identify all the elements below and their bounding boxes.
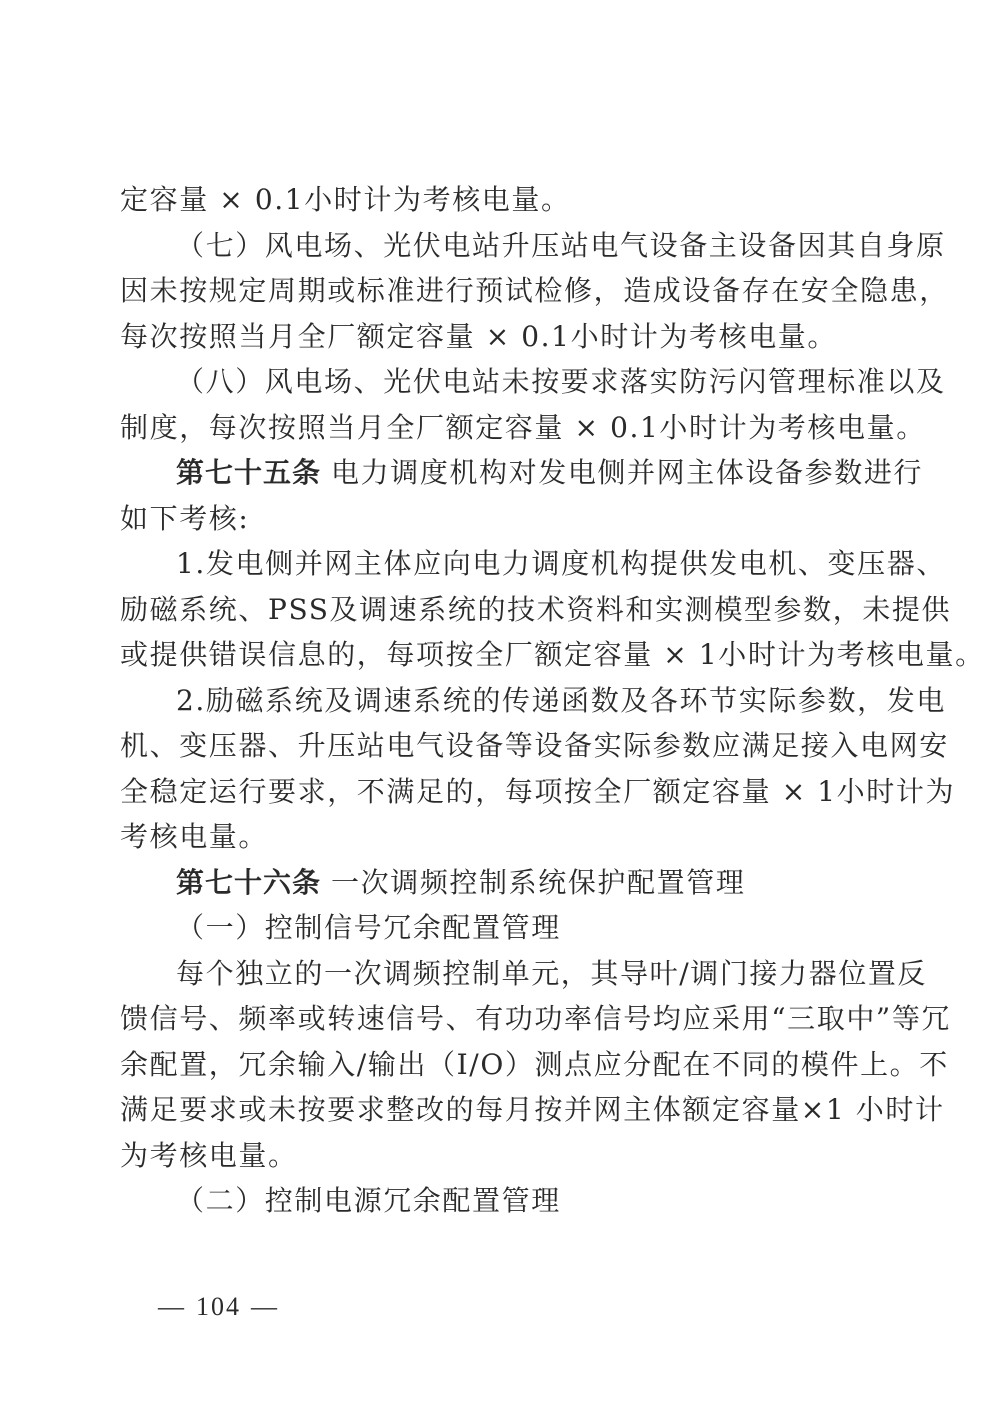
article-76-heading: 第七十六条 [176,866,321,899]
clause-8-line: 制度，每次按照当月全厂额定容量 × 0.1小时计为考核电量。 [120,405,862,451]
document-body: 定容量 × 0.1小时计为考核电量。 （七）风电场、光伏电站升压站电气设备主设备… [120,177,862,1224]
article-75-item-2: 机、变压器、升压站电气设备等设备实际参数应满足接入电网安 [120,723,862,769]
article-76-subsection-2-title: （二）控制电源冗余配置管理 [120,1178,862,1224]
article-76-heading-line: 第七十六条一次调频控制系统保护配置管理 [120,860,862,906]
article-76-line: 为考核电量。 [120,1133,862,1179]
page-number-dash-right: — [251,1292,279,1321]
article-75-item-2: 2.励磁系统及调速系统的传递函数及各环节实际参数，发电 [120,678,862,724]
article-75-line: 如下考核: [120,496,862,542]
clause-8-line: （八）风电场、光伏电站未按要求落实防污闪管理标准以及 [120,359,862,405]
article-75-item-2: 全稳定运行要求，不满足的，每项按全厂额定容量 × 1小时计为 [120,769,862,815]
paragraph-line: 定容量 × 0.1小时计为考核电量。 [120,177,862,223]
article-75-item-2: 考核电量。 [120,814,862,860]
clause-7-line: （七）风电场、光伏电站升压站电气设备主设备因其自身原 [120,223,862,269]
article-76-line: 余配置，冗余输入/输出（I/O）测点应分配在不同的模件上。不 [120,1042,862,1088]
article-75-item-1: 或提供错误信息的，每项按全厂额定容量 × 1小时计为考核电量。 [120,632,862,678]
article-76-heading-text: 一次调频控制系统保护配置管理 [331,866,745,899]
page-number: —104— [148,1292,289,1322]
article-75-heading-text: 电力调度机构对发电侧并网主体设备参数进行 [331,456,923,489]
clause-7-line: 因未按规定周期或标准进行预试检修，造成设备存在安全隐患， [120,268,862,314]
clause-7-line: 每次按照当月全厂额定容量 × 0.1小时计为考核电量。 [120,314,862,360]
article-76-subsection-1-title: （一）控制信号冗余配置管理 [120,905,862,951]
article-75-heading-line: 第七十五条电力调度机构对发电侧并网主体设备参数进行 [120,450,862,496]
page-number-value: 104 [196,1292,241,1321]
article-76-line: 每个独立的一次调频控制单元，其导叶/调门接力器位置反 [120,951,862,997]
article-76-line: 满足要求或未按要求整改的每月按并网主体额定容量×1 小时计 [120,1087,862,1133]
article-76-line: 馈信号、频率或转速信号、有功功率信号均应采用“三取中”等冗 [120,996,862,1042]
article-75-item-1: 励磁系统、PSS及调速系统的技术资料和实测模型参数，未提供 [120,587,862,633]
article-75-heading: 第七十五条 [176,456,321,489]
article-75-item-1: 1.发电侧并网主体应向电力调度机构提供发电机、变压器、 [120,541,862,587]
page-number-dash-left: — [158,1292,186,1321]
